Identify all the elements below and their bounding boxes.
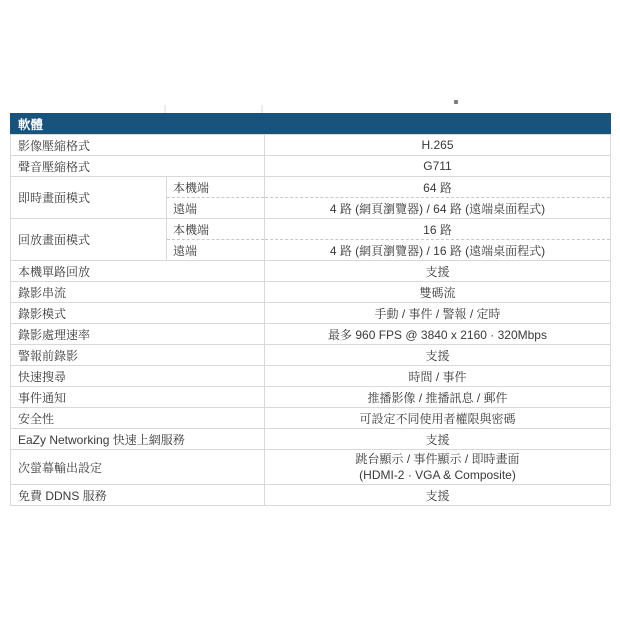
table-row: 安全性 可設定不同使用者權限與密碼 [11,408,611,429]
spec-label: 錄影串流 [11,282,265,303]
stray-period-artifact [454,100,458,104]
table-row: 錄影處理速率 最多 960 FPS @ 3840 x 2160 · 320Mbp… [11,324,611,345]
spec-value: 支援 [265,429,611,450]
spec-label: 回放畫面模式 [11,219,167,261]
spec-label: EaZy Networking 快速上網服務 [11,429,265,450]
spec-label: 錄影模式 [11,303,265,324]
spec-value: 支援 [265,345,611,366]
spec-value-line1: 跳台顯示 / 事件顯示 / 即時畫面 [265,451,610,467]
cropped-table-border-remnant [164,105,166,113]
table-row: 次螢幕輸出設定 跳台顯示 / 事件顯示 / 即時畫面 (HDMI-2 · VGA… [11,450,611,485]
spec-value: 推播影像 / 推播訊息 / 郵件 [265,387,611,408]
spec-label: 安全性 [11,408,265,429]
spec-value: 4 路 (網頁瀏覽器) / 16 路 (遠端桌面程式) [265,240,611,261]
table-row: 影像壓縮格式 H.265 [11,135,611,156]
spec-value: H.265 [265,135,611,156]
spec-label: 免費 DDNS 服務 [11,485,265,506]
spec-label: 事件通知 [11,387,265,408]
table-row: EaZy Networking 快速上網服務 支援 [11,429,611,450]
software-spec-section: 軟體 影像壓縮格式 H.265 聲音壓縮格式 G711 即時畫面模式 本機端 6… [10,113,611,506]
spec-sublabel: 遠端 [167,198,265,219]
spec-label: 本機單路回放 [11,261,265,282]
spec-value: 時間 / 事件 [265,366,611,387]
spec-sublabel: 遠端 [167,240,265,261]
spec-value: 跳台顯示 / 事件顯示 / 即時畫面 (HDMI-2 · VGA & Compo… [265,450,611,485]
table-row: 回放畫面模式 本機端 16 路 [11,219,611,240]
spec-sublabel: 本機端 [167,177,265,198]
spec-label: 警報前錄影 [11,345,265,366]
spec-label: 影像壓縮格式 [11,135,265,156]
table-row: 錄影串流 雙碼流 [11,282,611,303]
table-row: 聲音壓縮格式 G711 [11,156,611,177]
table-row: 警報前錄影 支援 [11,345,611,366]
spec-value: 64 路 [265,177,611,198]
spec-value: 4 路 (網頁瀏覽器) / 64 路 (遠端桌面程式) [265,198,611,219]
spec-label: 錄影處理速率 [11,324,265,345]
cropped-table-border-remnant [261,105,263,113]
spec-sublabel: 本機端 [167,219,265,240]
software-spec-table: 軟體 影像壓縮格式 H.265 聲音壓縮格式 G711 即時畫面模式 本機端 6… [10,113,611,506]
spec-value: G711 [265,156,611,177]
spec-label: 快速搜尋 [11,366,265,387]
spec-value-line2: (HDMI-2 · VGA & Composite) [265,467,610,483]
spec-value: 最多 960 FPS @ 3840 x 2160 · 320Mbps [265,324,611,345]
spec-value: 支援 [265,261,611,282]
table-row: 快速搜尋 時間 / 事件 [11,366,611,387]
spec-value: 16 路 [265,219,611,240]
spec-label: 聲音壓縮格式 [11,156,265,177]
spec-value: 雙碼流 [265,282,611,303]
spec-label: 即時畫面模式 [11,177,167,219]
spec-value: 支援 [265,485,611,506]
section-header-software: 軟體 [11,114,611,135]
spec-value: 手動 / 事件 / 警報 / 定時 [265,303,611,324]
table-row: 免費 DDNS 服務 支援 [11,485,611,506]
table-row: 即時畫面模式 本機端 64 路 [11,177,611,198]
table-row: 事件通知 推播影像 / 推播訊息 / 郵件 [11,387,611,408]
table-row: 本機單路回放 支援 [11,261,611,282]
table-row: 錄影模式 手動 / 事件 / 警報 / 定時 [11,303,611,324]
spec-value: 可設定不同使用者權限與密碼 [265,408,611,429]
spec-label: 次螢幕輸出設定 [11,450,265,485]
